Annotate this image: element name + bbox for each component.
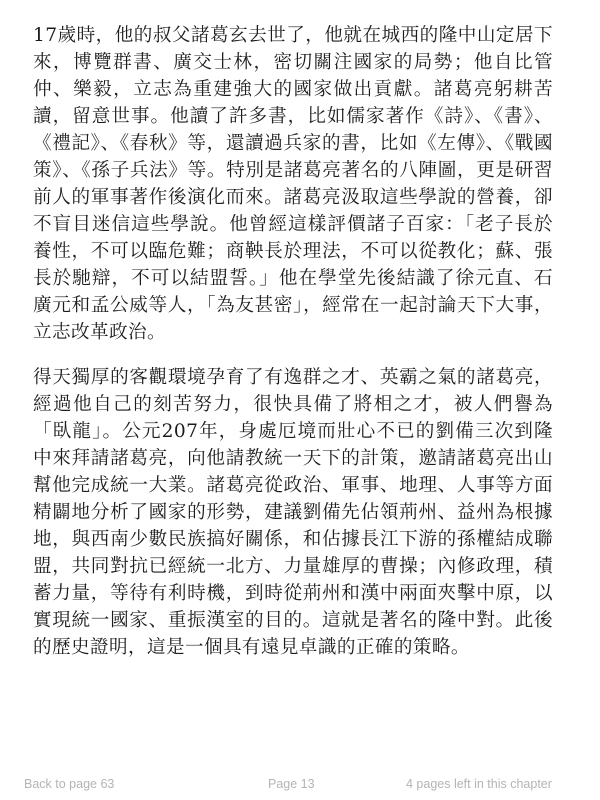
pages-left-in-chapter: 4 pages left in this chapter [406,777,552,791]
paragraph: 17歲時，他的叔父諸葛玄去世了，他就在城西的隆中山定居下來，博覽群書、廣交士林，… [33,22,553,346]
reader-content: 17歲時，他的叔父諸葛玄去世了，他就在城西的隆中山定居下來，博覽群書、廣交士林，… [33,22,553,679]
back-to-page-link[interactable]: Back to page 63 [24,777,114,791]
page-number: Page 13 [268,777,315,791]
reader-footer: Back to page 63 Page 13 4 pages left in … [0,777,600,797]
paragraph: 得天獨厚的客觀環境孕育了有逸群之才、英霸之氣的諸葛亮，經過他自己的刻苦努力，很快… [33,364,553,661]
